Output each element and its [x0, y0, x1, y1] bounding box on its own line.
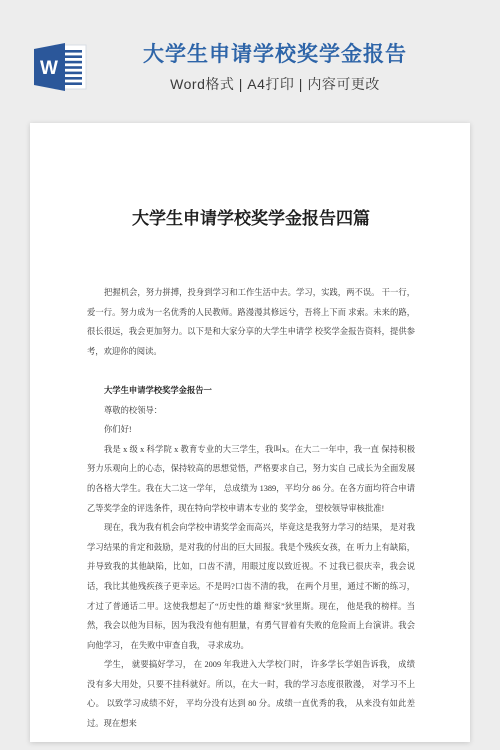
intro-paragraph: 把握机会，努力拼搏，投身到学习和工作生活中去。学习，实践，两不误。 干一行，爱一… [87, 283, 415, 361]
body-paragraph: 我是 x 级 x 科学院 x 教育专业的大三学生，我叫x。在大二一年中，我一直 … [87, 440, 415, 518]
greeting: 你们好! [87, 420, 415, 440]
body-paragraph: 现在，我为我有机会向学校申请奖学金而高兴，毕竟这是我努力学习的结果， 是对我学习… [87, 518, 415, 655]
body-paragraph: 学生， 就要搞好学习， 在 2009 年我进入大学校门时， 许多学长学姐告诉我，… [87, 655, 415, 733]
document-title: 大学生申请学校奖学金报告四篇 [87, 208, 415, 230]
header: W 大学生申请学校奖学金报告 Word格式 | A4打印 | 内容可更改 [0, 0, 500, 123]
format-info: Word格式 | A4打印 | 内容可更改 [50, 74, 500, 94]
header-text: 大学生申请学校奖学金报告 Word格式 | A4打印 | 内容可更改 [50, 42, 500, 94]
page-background: { "header": { "title": "大学生申请学校奖学金报告", "… [0, 0, 500, 750]
salutation: 尊敬的校领导： [87, 401, 415, 421]
page-title[interactable]: 大学生申请学校奖学金报告 [50, 42, 500, 68]
section-heading: 大学生申请学校奖学金报告一 [87, 381, 415, 401]
document-page: 大学生申请学校奖学金报告四篇 把握机会，努力拼搏，投身到学习和工作生活中去。学习… [30, 123, 470, 742]
